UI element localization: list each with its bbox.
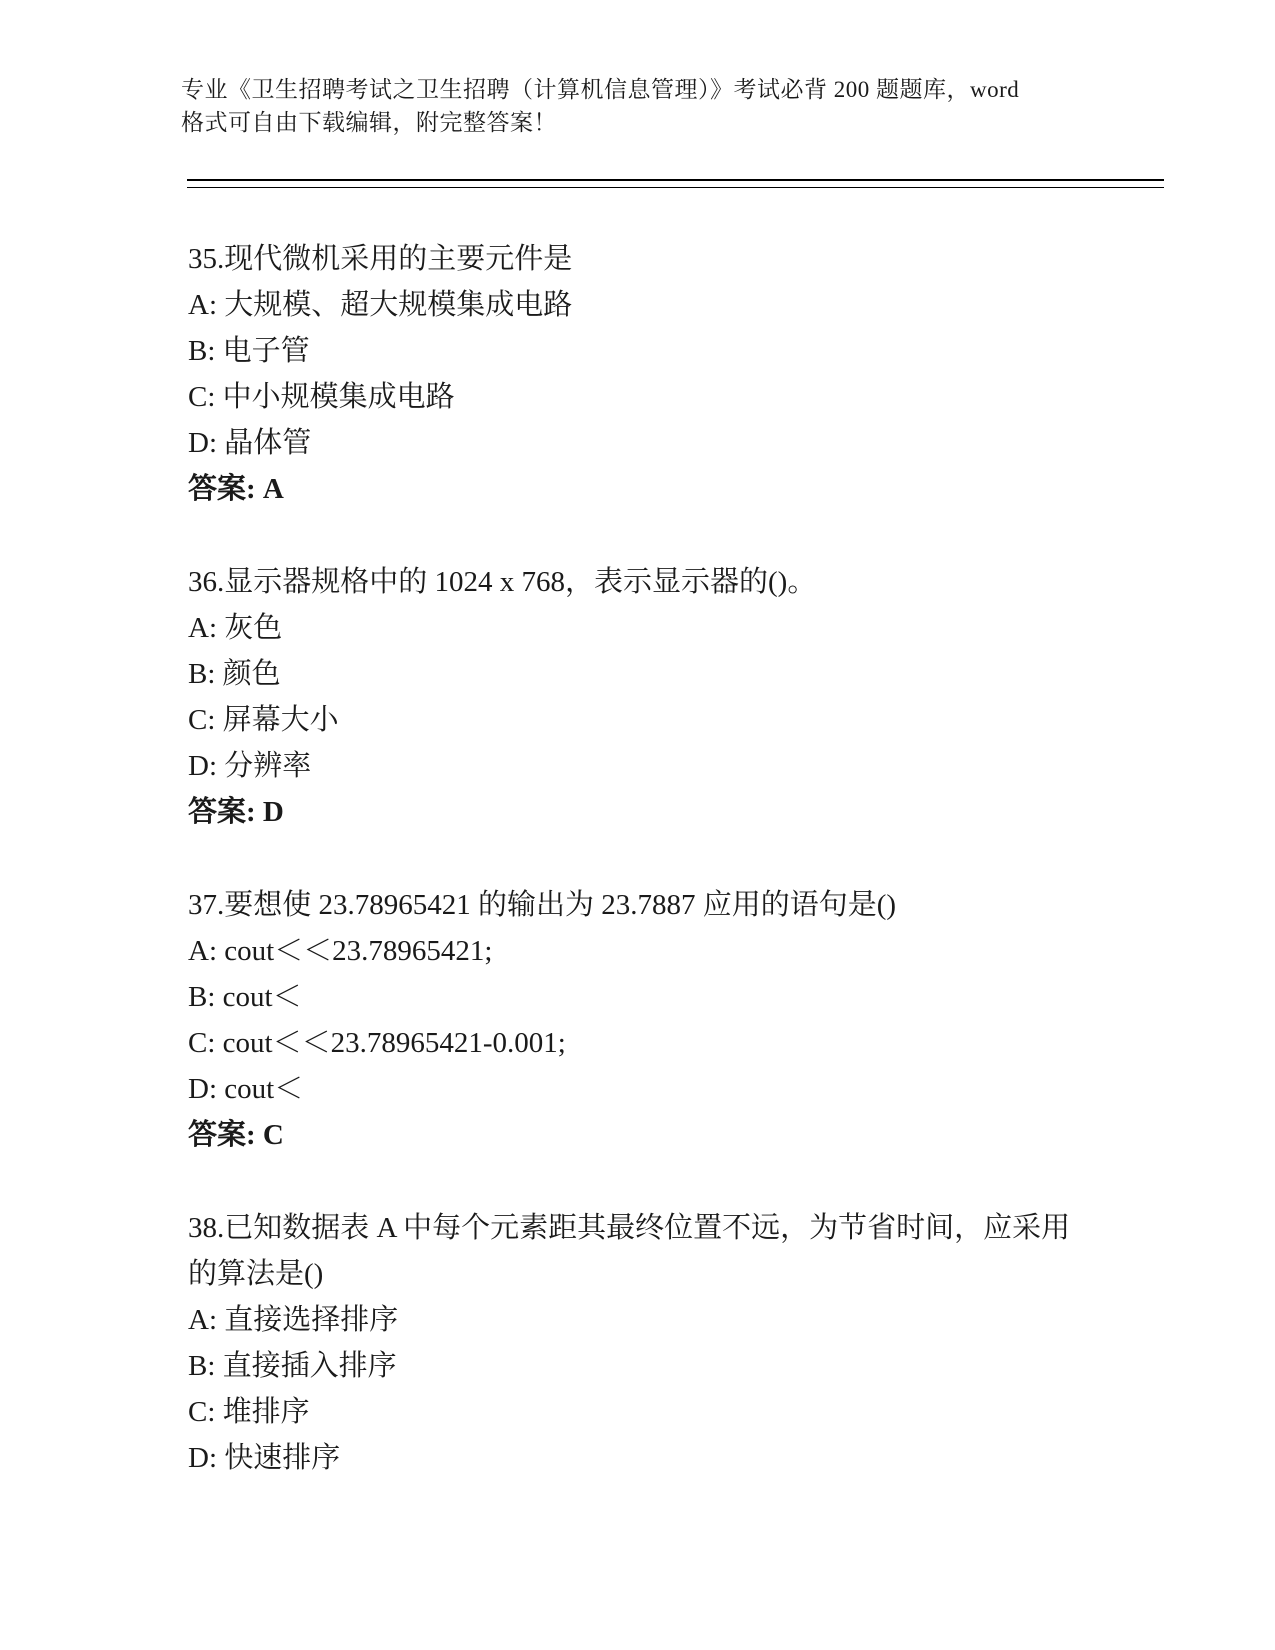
- question-text-line: 36.显示器规格中的 1024 x 768，表示显示器的()。: [188, 559, 1188, 605]
- answer-line: 答案: D: [188, 789, 1188, 835]
- question-block: 38.已知数据表 A 中每个元素距其最终位置不远，为节省时间，应采用的算法是()…: [188, 1205, 1188, 1481]
- option-line: B: 直接插入排序: [188, 1343, 1188, 1389]
- option-line: A: 大规模、超大规模集成电路: [188, 282, 1188, 328]
- header-divider-rule: [187, 179, 1164, 188]
- option-line: A: 直接选择排序: [188, 1297, 1188, 1343]
- question-block: 35.现代微机采用的主要元件是A: 大规模、超大规模集成电路B: 电子管C: 中…: [188, 236, 1188, 512]
- header-disclaimer-line: 专业《卫生招聘考试之卫生招聘（计算机信息管理）》考试必背 200 题题库，wor…: [181, 73, 1171, 106]
- option-line: A: cout＜＜23.78965421;: [188, 928, 1188, 974]
- option-line: B: cout＜: [188, 974, 1188, 1020]
- option-line: A: 灰色: [188, 605, 1188, 651]
- option-line: C: cout＜＜23.78965421-0.001;: [188, 1020, 1188, 1066]
- header-disclaimer: 专业《卫生招聘考试之卫生招聘（计算机信息管理）》考试必背 200 题题库，wor…: [181, 73, 1171, 139]
- option-line: C: 屏幕大小: [188, 697, 1188, 743]
- option-line: D: 晶体管: [188, 420, 1188, 466]
- option-line: D: 分辨率: [188, 743, 1188, 789]
- option-line: D: 快速排序: [188, 1435, 1188, 1481]
- option-line: B: 电子管: [188, 328, 1188, 374]
- questions-container: 35.现代微机采用的主要元件是A: 大规模、超大规模集成电路B: 电子管C: 中…: [188, 236, 1188, 1528]
- question-block: 36.显示器规格中的 1024 x 768，表示显示器的()。A: 灰色B: 颜…: [188, 559, 1188, 835]
- question-text-line: 35.现代微机采用的主要元件是: [188, 236, 1188, 282]
- document-page: 专业《卫生招聘考试之卫生招聘（计算机信息管理）》考试必背 200 题题库，wor…: [0, 0, 1275, 1650]
- option-line: B: 颜色: [188, 651, 1188, 697]
- option-line: D: cout＜: [188, 1066, 1188, 1112]
- question-text-line: 37.要想使 23.78965421 的输出为 23.7887 应用的语句是(): [188, 882, 1188, 928]
- question-text-line: 的算法是(): [188, 1251, 1188, 1297]
- answer-line: 答案: C: [188, 1112, 1188, 1158]
- option-line: C: 中小规模集成电路: [188, 374, 1188, 420]
- question-text-line: 38.已知数据表 A 中每个元素距其最终位置不远，为节省时间，应采用: [188, 1205, 1188, 1251]
- header-disclaimer-line: 格式可自由下载编辑，附完整答案！: [181, 106, 1171, 139]
- answer-line: 答案: A: [188, 466, 1188, 512]
- option-line: C: 堆排序: [188, 1389, 1188, 1435]
- question-block: 37.要想使 23.78965421 的输出为 23.7887 应用的语句是()…: [188, 882, 1188, 1158]
